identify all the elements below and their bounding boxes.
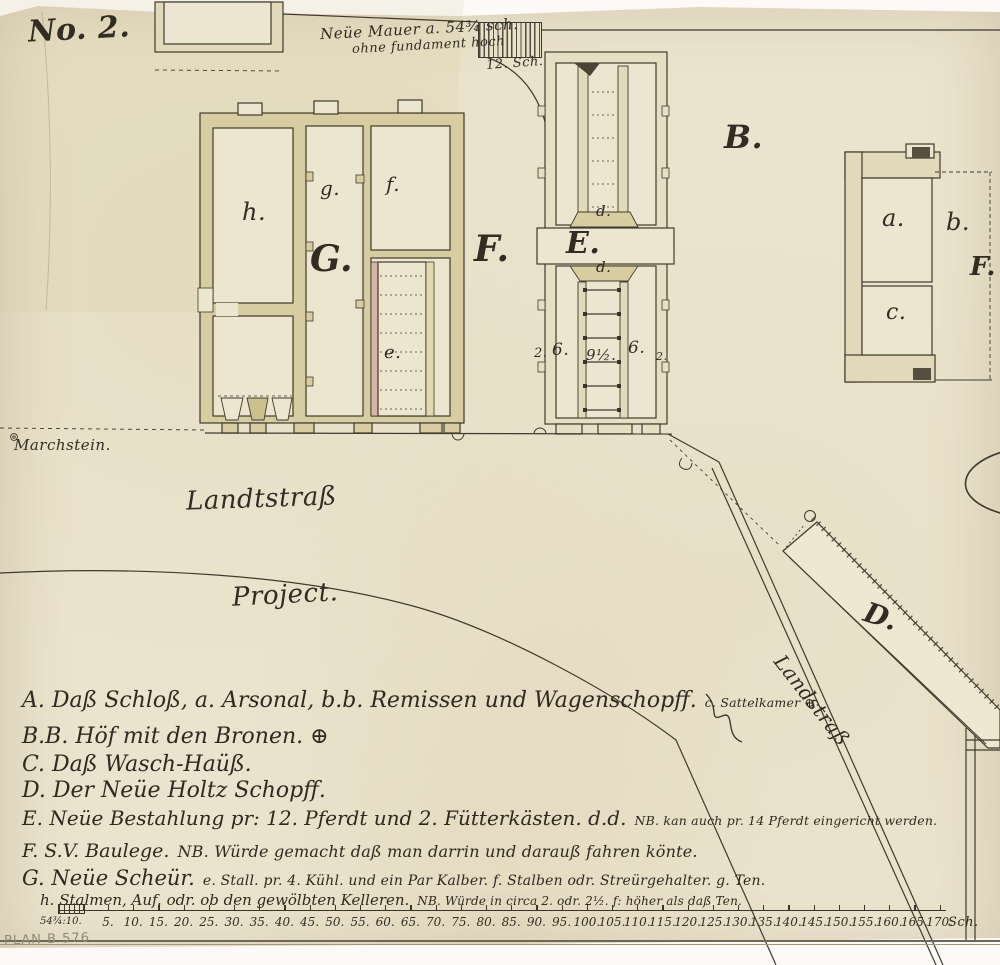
- legend-c-main: C. Daß Wasch-Haüß.: [22, 752, 252, 777]
- scale-unit: Sch.: [948, 915, 979, 930]
- legend-d-main: D. Der Neüe Holtz Schopff.: [22, 778, 326, 803]
- room-label-f: f.: [386, 172, 400, 196]
- width-2-right: 2.: [656, 350, 668, 363]
- width-6-left: 6.: [552, 340, 569, 360]
- legend-e-main: E. Neüe Bestahlung pr: 12. Pferdt und 2.…: [22, 806, 626, 830]
- room-label-g: g.: [320, 176, 340, 200]
- legend-e-small: NB. kan auch pr. 14 Pferdt eingericht we…: [634, 813, 937, 828]
- project-label: Project.: [231, 577, 339, 613]
- width-6-right: 6.: [628, 338, 645, 358]
- plan-number: No. 2.: [27, 9, 131, 49]
- paper-seam: [42, 12, 50, 310]
- legend-b-main: B.B. Höf mit den Bronen. ⊕: [22, 724, 329, 749]
- bottom-right-walls: [966, 728, 1000, 940]
- legend-line-f: F. S.V. Baulege.NB. Würde gemacht daß ma…: [22, 840, 698, 862]
- legend-line-d: D. Der Neüe Holtz Schopff.: [22, 778, 326, 803]
- courtyard-label-B: B.: [724, 118, 763, 156]
- edge-letter-F: F.: [970, 252, 996, 282]
- legend-line-a: A. Daß Schloß, a. Arsonal, b.b. Remissen…: [22, 688, 815, 713]
- room-label-b: b.: [946, 208, 970, 236]
- legend-line-e: E. Neüe Bestahlung pr: 12. Pferdt und 2.…: [22, 806, 937, 830]
- room-label-a: a.: [882, 204, 905, 232]
- room-label-h: h.: [242, 198, 266, 226]
- paper-bottom-edge-2: [0, 944, 1000, 945]
- width-9: 9½.: [586, 346, 616, 364]
- legend-h-small: NB. Würde in circa 2. odr. 2½. f: höher …: [417, 894, 742, 908]
- paper-bottom-edge: [0, 940, 1000, 942]
- building-label-G: G.: [310, 238, 353, 280]
- legend-g-small: e. Stall. pr. 4. Kühl. und ein Par Kalbe…: [203, 873, 766, 889]
- boundary-stone-label: Marchstein.: [14, 436, 111, 454]
- courtyard-label-F: F.: [474, 228, 509, 270]
- width-2-left: 2.: [534, 346, 547, 361]
- legend-h-main: h. Stalmen, Auf. odr. ob den gewölbten K…: [40, 891, 409, 909]
- archive-reference: PLAN B 576: [4, 931, 90, 949]
- legend-line-g: G. Neüe Scheür.e. Stall. pr. 4. Kühl. un…: [22, 866, 765, 890]
- room-label-e: e.: [384, 342, 401, 363]
- road-label: Landtstraß: [186, 481, 338, 516]
- building-e-stall: [534, 52, 674, 434]
- legend-line-b: B.B. Höf mit den Bronen. ⊕: [22, 724, 329, 749]
- legend-a-main: A. Daß Schloß, a. Arsonal, b.b. Remissen…: [22, 688, 697, 713]
- legend-f-small: NB. Würde gemacht daß man darrin und dar…: [177, 842, 697, 861]
- room-label-c: c.: [886, 300, 906, 325]
- scale-bar-line: [58, 910, 946, 911]
- building-label-E: E.: [566, 226, 600, 261]
- legend-a-small: c. Sattelkamer ⊕: [705, 695, 815, 710]
- room-label-d-lower: d.: [596, 258, 611, 276]
- scale-bar-subdivision: [58, 904, 85, 914]
- legend-g-main: G. Neüe Scheür.: [22, 866, 195, 890]
- legend-line-c: C. Daß Wasch-Haüß.: [22, 752, 252, 777]
- legend-f-main: F. S.V. Baulege.: [22, 840, 169, 862]
- room-label-d-upper: d.: [596, 202, 611, 220]
- legend-line-h: h. Stalmen, Auf. odr. ob den gewölbten K…: [40, 891, 742, 909]
